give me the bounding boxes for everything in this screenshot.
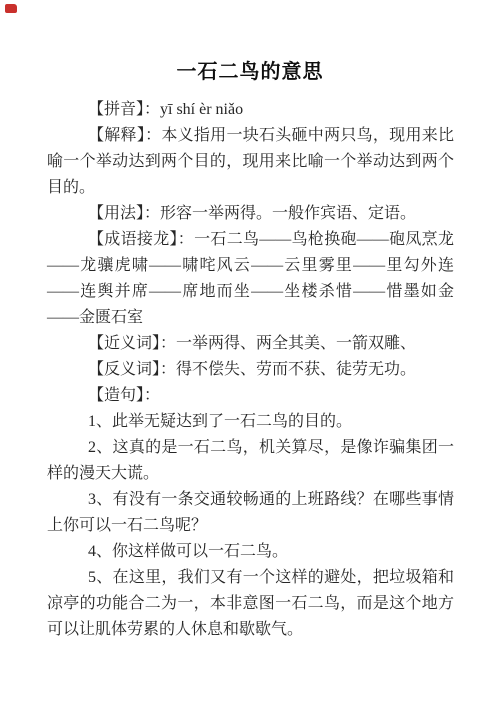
paragraph: 3、有没有一条交通较畅通的上班路线？在哪些事情上你可以一石二鸟呢？ bbox=[47, 487, 454, 539]
paragraph: 2、这真的是一石二鸟，机关算尽，是像诈骗集团一样的漫天大谎。 bbox=[47, 435, 454, 487]
paragraph: 【拼音】：yī shí èr niǎo bbox=[47, 97, 454, 123]
paragraph: 【用法】：形容一举两得。一般作宾语、定语。 bbox=[47, 201, 454, 227]
document-page: 一石二鸟的意思 【拼音】：yī shí èr niǎo【解释】：本义指用一块石头… bbox=[0, 0, 500, 707]
document-body: 【拼音】：yī shí èr niǎo【解释】：本义指用一块石头砸中两只鸟，现用… bbox=[47, 97, 454, 643]
red-stamp-icon bbox=[5, 4, 17, 13]
paragraph: 【反义词】：得不偿失、劳而不获、徒劳无功。 bbox=[47, 357, 454, 383]
paragraph: 【造句】： bbox=[47, 383, 454, 409]
paragraph: 5、在这里，我们又有一个这样的避处，把垃圾箱和凉亭的功能合二为一，本非意图一石二… bbox=[47, 565, 454, 643]
page-title: 一石二鸟的意思 bbox=[0, 0, 500, 87]
paragraph: 【解释】：本义指用一块石头砸中两只鸟，现用来比喻一个举动达到两个目的，现用来比喻… bbox=[47, 123, 454, 201]
paragraph: 【近义词】：一举两得、两全其美、一箭双雕、 bbox=[47, 331, 454, 357]
paragraph: 1、此举无疑达到了一石二鸟的目的。 bbox=[47, 409, 454, 435]
paragraph: 4、你这样做可以一石二鸟。 bbox=[47, 539, 454, 565]
paragraph: 【成语接龙】：一石二鸟——鸟枪换砲——砲凤烹龙——龙骧虎啸——啸咤风云——云里雾… bbox=[47, 227, 454, 331]
